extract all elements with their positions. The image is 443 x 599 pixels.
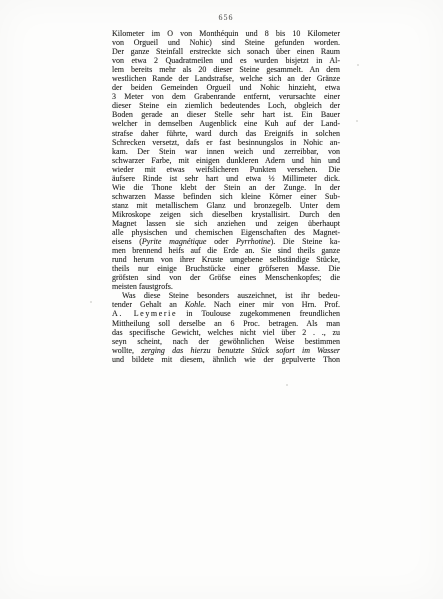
- text-line: 3 Meter von dem Grabenrande entfernt, ve…: [112, 92, 340, 101]
- text-line: A. Leymerie in Toulouse zugekommenen fre…: [112, 309, 340, 318]
- text-line: strafse daher führte, ward durch das Ere…: [112, 129, 340, 138]
- text-segment: theils nur einige Bruchstücke einer gröf…: [112, 264, 340, 273]
- text-segment: äufsere Rinde ist sehr hart und etwa ½ M…: [112, 174, 340, 183]
- text-segment: Pyrite magnétique: [142, 237, 207, 246]
- text-line: das specifische Gewicht, welches nicht v…: [112, 328, 340, 337]
- text-segment: 3 Meter von dem Grabenrande entfernt, ve…: [112, 92, 340, 101]
- text-line: von etwa 2 Quadratmeilen und es wurden b…: [112, 56, 340, 65]
- text-segment: Boden gerade an dieser Stelle sehr hart …: [112, 110, 340, 119]
- text-line: westlichen Rande der Landstrafse, welche…: [112, 74, 340, 83]
- text-segment: meisten faustgrofs.: [112, 282, 173, 291]
- scan-speck: [357, 64, 359, 66]
- text-segment: tender Gehalt an: [112, 300, 185, 309]
- text-line: meisten faustgrofs.: [112, 282, 340, 291]
- text-line: gröfsten sind von der Gröfse eines Mensc…: [112, 273, 340, 282]
- text-segment: . Nach einer mir von Hrn. Prof.: [204, 300, 340, 309]
- text-segment: Kilometer im O von Monthéquin und 8 bis …: [112, 29, 340, 38]
- text-segment: rund herum von ihrer Kruste umgebene sel…: [112, 255, 340, 264]
- text-segment: A. Leymerie: [112, 309, 177, 318]
- text-line: Was diese Steine besonders auszeichnet, …: [112, 291, 340, 300]
- text-line: Mittheilung soll derselbe an 6 Proc. bet…: [112, 319, 340, 328]
- text-segment: stanz mit metallischem Glanz und bronzeg…: [112, 201, 340, 210]
- scan-speck: [90, 301, 92, 303]
- text-segment: Was diese Steine besonders auszeichnet, …: [122, 291, 340, 300]
- text-line: eisens (Pyrite magnétique oder Pyrrhotin…: [112, 237, 340, 246]
- text-segment: von Orgueil und Nohic) sind Steine gefun…: [112, 38, 340, 47]
- text-segment: schwarzer Farbe, mit einigen dunkleren A…: [112, 156, 340, 165]
- text-line: äufsere Rinde ist sehr hart und etwa ½ M…: [112, 174, 340, 183]
- text-line: Schrecken versetzt, dafs er fast besinnu…: [112, 138, 340, 147]
- text-segment: gröfsten sind von der Gröfse eines Mensc…: [112, 273, 340, 282]
- text-segment: der beiden Gemeinden Orgueil und Nohic h…: [112, 83, 340, 92]
- text-segment: zerging das hierzu benutzte Stück sofort…: [141, 346, 340, 355]
- text-line: men brennend heifs auf die Erde an. Sie …: [112, 246, 340, 255]
- text-segment: Der ganze Steinfall erstreckte sich sona…: [112, 47, 340, 56]
- text-segment: alle physischen und chemischen Eigenscha…: [112, 228, 340, 237]
- text-line: Der ganze Steinfall erstreckte sich sona…: [112, 47, 340, 56]
- text-segment: eisens (: [112, 237, 142, 246]
- text-segment: strafse daher führte, ward durch das Ere…: [112, 129, 340, 138]
- text-segment: lem bereits mehr als 20 dieser Steine ge…: [112, 65, 340, 74]
- text-line: wieder mit etwas weifslicheren Punkten v…: [112, 165, 340, 174]
- text-segment: westlichen Rande der Landstrafse, welche…: [112, 74, 340, 83]
- text-segment: von etwa 2 Quadratmeilen und es wurden b…: [112, 56, 340, 65]
- text-line: welcher in demselben Augenblick eine Kuh…: [112, 119, 340, 128]
- text-line: der beiden Gemeinden Orgueil und Nohic h…: [112, 83, 340, 92]
- scanned-book-page: 656 Kilometer im O von Monthéquin und 8 …: [0, 0, 443, 599]
- text-segment: schwarzen Masse befinden sich kleine Kör…: [112, 192, 340, 201]
- text-line: wollte, zerging das hierzu benutzte Stüc…: [112, 346, 340, 355]
- text-segment: das specifische Gewicht, welches nicht v…: [112, 328, 340, 337]
- text-line: stanz mit metallischem Glanz und bronzeg…: [112, 201, 340, 210]
- text-segment: kam. Der Stein war innen weich und zerre…: [112, 147, 340, 156]
- text-segment: oder: [206, 237, 236, 246]
- text-segment: Mikroskope zeigen sich dieselben krystal…: [112, 210, 340, 219]
- text-line: theils nur einige Bruchstücke einer gröf…: [112, 264, 340, 273]
- text-segment: Wie die Thone klebt der Stein an der Zun…: [112, 183, 340, 192]
- text-segment: Kohle: [185, 300, 204, 309]
- text-line: Wie die Thone klebt der Stein an der Zun…: [112, 183, 340, 192]
- text-line: lem bereits mehr als 20 dieser Steine ge…: [112, 65, 340, 74]
- page-number: 656: [112, 13, 340, 22]
- text-line: schwarzen Masse befinden sich kleine Kör…: [112, 192, 340, 201]
- text-segment: Mittheilung soll derselbe an 6 Proc. bet…: [112, 319, 340, 328]
- text-line: von Orgueil und Nohic) sind Steine gefun…: [112, 38, 340, 47]
- text-line: seyn scheint, nach der gewöhnlichen Weis…: [112, 337, 340, 346]
- text-segment: Magnet lassen sie sich anziehen und zeig…: [112, 219, 340, 228]
- text-line: rund herum von ihrer Kruste umgebene sel…: [112, 255, 340, 264]
- text-segment: ). Die Steine ka-: [271, 237, 340, 246]
- text-line: tender Gehalt an Kohle. Nach einer mir v…: [112, 300, 340, 309]
- text-segment: Pyrrhotine: [236, 237, 271, 246]
- text-line: kam. Der Stein war innen weich und zerre…: [112, 147, 340, 156]
- text-line: dieser Steine ein ziemlich bedeutendes L…: [112, 101, 340, 110]
- text-segment: in Toulouse zugekommenen freundlichen: [177, 309, 340, 318]
- text-segment: seyn scheint, nach der gewöhnlichen Weis…: [112, 337, 340, 346]
- text-line: schwarzer Farbe, mit einigen dunkleren A…: [112, 156, 340, 165]
- text-line: und bildete mit diesem, ähnlich wie der …: [112, 355, 340, 364]
- text-segment: und bildete mit diesem, ähnlich wie der …: [112, 355, 340, 364]
- scan-speck: [356, 120, 358, 122]
- text-line: Kilometer im O von Monthéquin und 8 bis …: [112, 29, 340, 38]
- text-segment: wieder mit etwas weifslicheren Punkten v…: [112, 165, 340, 174]
- text-segment: welcher in demselben Augenblick eine Kuh…: [112, 119, 340, 128]
- text-segment: Schrecken versetzt, dafs er fast besinnu…: [112, 138, 340, 147]
- text-segment: wollte,: [112, 346, 141, 355]
- scan-speck: [286, 384, 288, 386]
- text-segment: dieser Steine ein ziemlich bedeutendes L…: [112, 101, 340, 110]
- text-line: Mikroskope zeigen sich dieselben krystal…: [112, 210, 340, 219]
- text-line: Magnet lassen sie sich anziehen und zeig…: [112, 219, 340, 228]
- text-segment: men brennend heifs auf die Erde an. Sie …: [112, 246, 340, 255]
- text-line: Boden gerade an dieser Stelle sehr hart …: [112, 110, 340, 119]
- text-block: Kilometer im O von Monthéquin und 8 bis …: [112, 29, 340, 364]
- text-line: alle physischen und chemischen Eigenscha…: [112, 228, 340, 237]
